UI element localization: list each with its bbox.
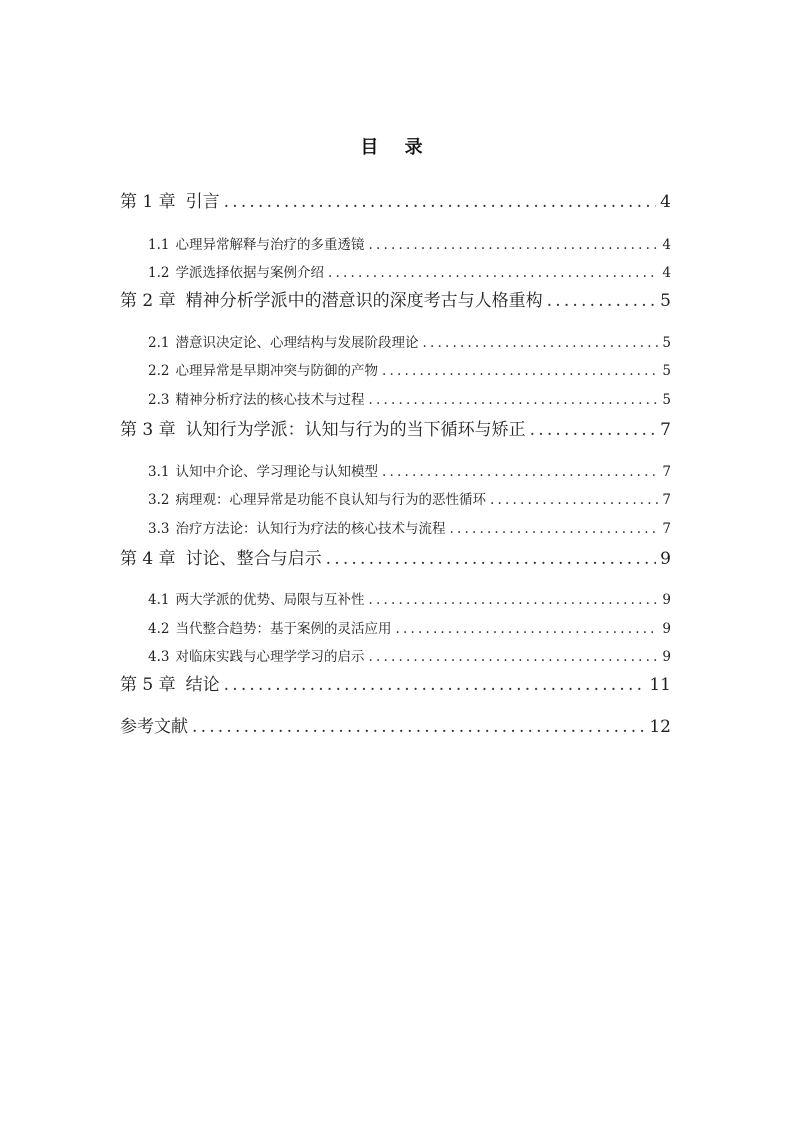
toc-entry-label: 3.3治疗方法论：认知行为疗法的核心技术与流程 [148,519,445,539]
toc-entry-label: 第 5 章结论 [120,672,220,698]
toc-entry-label: 第 2 章精神分析学派中的潜意识的深度考古与人格重构 [120,288,543,314]
toc-entry-page: 12 [649,714,671,740]
toc-entry-label: 第 4 章讨论、整合与启示 [120,546,322,572]
toc-entry-page: 9 [660,546,671,572]
dot-leader [368,235,658,255]
toc-entry-title: 引言 [186,192,220,212]
toc-entry[interactable]: 2.3精神分析疗法的核心技术与过程 5 [148,390,671,410]
toc-entry-page: 4 [662,235,671,255]
toc-entry-title: 对临床实践与心理学学习的启示 [175,649,364,665]
toc-entry-label: 4.1两大学派的优势、局限与互补性 [148,590,364,610]
toc-entry-page: 5 [662,361,671,381]
toc-entry-number: 3.1 [148,464,169,480]
toc-entry[interactable]: 参考文献 12 [120,714,671,740]
toc-entry-number: 第 3 章 [120,420,176,440]
toc-entry-label: 3.1认知中介论、学习理论与认知模型 [148,462,378,482]
toc-entry-label: 2.3精神分析疗法的核心技术与过程 [148,390,364,410]
toc-entry-page: 5 [662,333,671,353]
toc-entry[interactable]: 2.2心理异常是早期冲突与防御的产物 5 [148,361,671,381]
toc-entry-number: 第 4 章 [120,549,176,569]
toc-entry-number: 2.3 [148,392,169,408]
toc-entry[interactable]: 第 1 章引言 4 [120,189,671,215]
toc-entry-label: 1.2学派选择依据与案例介绍 [148,263,324,283]
toc-entry-page: 9 [662,647,671,667]
toc-entry-page: 5 [660,288,671,314]
toc-entry-label: 4.2当代整合趋势：基于案例的灵活应用 [148,619,391,639]
toc-entry-number: 1.2 [148,265,169,281]
toc-entry[interactable]: 3.1认知中介论、学习理论与认知模型 7 [148,462,671,482]
dot-leader [422,333,658,353]
toc-entry[interactable]: 3.2病理观：心理异常是功能不良认知与行为的恶性循环 7 [148,490,671,510]
toc-entry-label: 3.2病理观：心理异常是功能不良认知与行为的恶性循环 [148,490,486,510]
dot-leader [490,490,658,510]
toc-entry-page: 7 [660,417,671,443]
toc-entry-page: 5 [662,390,671,410]
dot-leader [328,263,658,283]
toc-entry[interactable]: 第 4 章讨论、整合与启示 9 [120,546,671,572]
toc-entry-number: 2.1 [148,335,169,351]
toc-entry-label: 第 3 章认知行为学派：认知与行为的当下循环与矫正 [120,417,526,443]
toc-entry-title: 参考文献 [120,717,188,737]
toc-entry-title: 结论 [186,675,220,695]
dot-leader [449,519,658,539]
toc-entry-page: 7 [662,519,671,539]
dot-leader [547,288,657,314]
toc-entry[interactable]: 4.2当代整合趋势：基于案例的灵活应用 9 [148,619,671,639]
toc-entry-page: 7 [662,490,671,510]
toc-entry-number: 3.2 [148,492,169,508]
toc-entry[interactable]: 4.1两大学派的优势、局限与互补性 9 [148,590,671,610]
toc-entry-title: 讨论、整合与启示 [186,549,322,569]
toc-entry-label: 4.3对临床实践与心理学学习的启示 [148,647,364,667]
toc-entry-title: 认知中介论、学习理论与认知模型 [175,464,378,480]
dot-leader [326,546,657,572]
toc-entry-title: 两大学派的优势、局限与互补性 [175,592,364,608]
toc-entry-number: 第 2 章 [120,291,176,311]
toc-entry-label: 参考文献 [120,714,188,740]
toc-entry-title: 心理异常是早期冲突与防御的产物 [175,363,378,379]
dot-leader [382,462,658,482]
toc-entry-title: 认知行为学派：认知与行为的当下循环与矫正 [186,420,526,440]
toc-entry-page: 7 [662,462,671,482]
toc-entry-title: 当代整合趋势：基于案例的灵活应用 [175,621,391,637]
toc-entry-title: 精神分析疗法的核心技术与过程 [175,392,364,408]
dot-leader [530,417,657,443]
dot-leader [368,390,658,410]
toc-entry-page: 9 [662,590,671,610]
toc-entry-number: 2.2 [148,363,169,379]
dot-leader [368,590,658,610]
toc-entry-number: 1.1 [148,237,169,253]
toc-entry[interactable]: 2.1潜意识决定论、心理结构与发展阶段理论 5 [148,333,671,353]
toc-entry-number: 3.3 [148,521,169,537]
toc-entry-number: 4.3 [148,649,169,665]
toc-entry-label: 1.1心理异常解释与治疗的多重透镜 [148,235,364,255]
dot-leader [382,361,658,381]
toc-entry-label: 2.1潜意识决定论、心理结构与发展阶段理论 [148,333,418,353]
toc-entry-number: 第 5 章 [120,675,176,695]
dot-leader [368,647,658,667]
dot-leader [224,672,646,698]
toc-entry-page: 11 [649,672,671,698]
toc-entry[interactable]: 4.3对临床实践与心理学学习的启示 9 [148,647,671,667]
toc-entry[interactable]: 1.2学派选择依据与案例介绍 4 [148,263,671,283]
toc-entry-title: 学派选择依据与案例介绍 [175,265,324,281]
toc-entry-label: 第 1 章引言 [120,189,220,215]
dot-leader [395,619,658,639]
toc-entry-title: 治疗方法论：认知行为疗法的核心技术与流程 [175,521,445,537]
toc-entry-page: 4 [662,263,671,283]
toc-entry-number: 4.1 [148,592,169,608]
toc-entry[interactable]: 1.1心理异常解释与治疗的多重透镜 4 [148,235,671,255]
dot-leader [192,714,645,740]
toc-entry-title: 精神分析学派中的潜意识的深度考古与人格重构 [186,291,543,311]
toc-entry-number: 第 1 章 [120,192,176,212]
toc-entry-title: 心理异常解释与治疗的多重透镜 [175,237,364,253]
toc-entry[interactable]: 第 2 章精神分析学派中的潜意识的深度考古与人格重构 5 [120,288,671,314]
toc-entry[interactable]: 第 5 章结论 11 [120,672,671,698]
toc-entry[interactable]: 3.3治疗方法论：认知行为疗法的核心技术与流程 7 [148,519,671,539]
toc-entry-page: 4 [660,189,671,215]
toc-entry-number: 4.2 [148,621,169,637]
toc-entry-title: 病理观：心理异常是功能不良认知与行为的恶性循环 [175,492,486,508]
document-page: 目 录 第 1 章引言 4 1.1心理异常解释与治疗的多重透镜 4 1.2学派选… [0,0,793,1122]
toc-title: 目 录 [0,136,793,160]
toc-entry-page: 9 [662,619,671,639]
toc-entry-label: 2.2心理异常是早期冲突与防御的产物 [148,361,378,381]
toc-entry-title: 潜意识决定论、心理结构与发展阶段理论 [175,335,418,351]
toc-entry[interactable]: 第 3 章认知行为学派：认知与行为的当下循环与矫正 7 [120,417,671,443]
dot-leader [224,189,657,215]
